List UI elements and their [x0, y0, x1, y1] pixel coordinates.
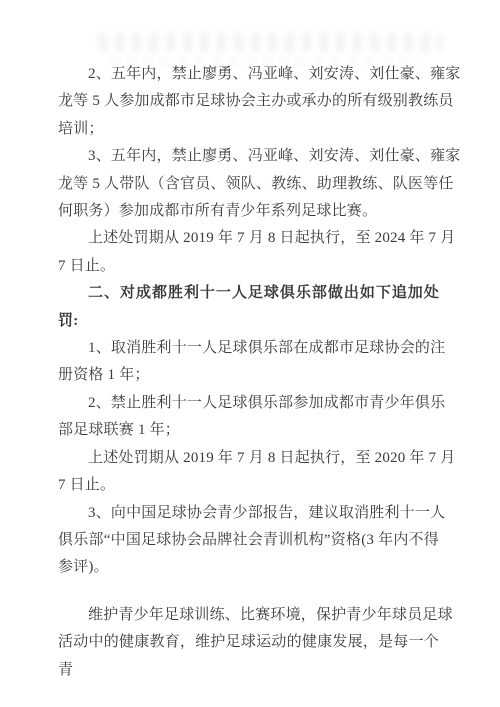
- club-penalty-item-2: 2、禁止胜利十一人足球俱乐部参加成都市青少年俱乐部足球联赛 1 年；: [58, 390, 439, 445]
- text-line: 俱乐部“中国足球协会品牌社会青训机构”资格(3 年内不得: [58, 527, 439, 554]
- closing-statement: 维护青少年足球训练、比赛环境，保护青少年球员足球活动中的健康教育，维护足球运动的…: [58, 602, 439, 684]
- text-line: 7 日止。: [58, 472, 439, 499]
- text-line: 二、对成都胜利十一人足球俱乐部做出如下追加处罚:: [58, 280, 439, 335]
- text-line: 7 日止。: [58, 253, 439, 280]
- text-line: 3、五年内，禁止廖勇、冯亚峰、刘安涛、刘仕豪、雍家: [58, 143, 439, 170]
- text-line: 册资格 1 年；: [58, 362, 439, 389]
- text-line: 2、五年内，禁止廖勇、冯亚峰、刘安涛、刘仕豪、雍家: [58, 61, 439, 88]
- penalty-period-2024: 上述处罚期从 2019 年 7 月 8 日起执行，至 2024 年 7 月7 日…: [58, 225, 439, 280]
- text-line: 参评)。: [58, 554, 439, 581]
- section-heading-club-penalty: 二、对成都胜利十一人足球俱乐部做出如下追加处罚:: [58, 280, 439, 335]
- text-line: 上述处罚期从 2019 年 7 月 8 日起执行，至 2024 年 7 月: [58, 225, 439, 252]
- text-line: 部足球联赛 1 年；: [58, 417, 439, 444]
- text-line: 培训；: [58, 116, 439, 143]
- text-line: 龙等 5 人带队（含官员、领队、教练、助理教练、队医等任: [58, 171, 439, 198]
- text-line: 3、向中国足球协会青少部报告，建议取消胜利十一人: [58, 500, 439, 527]
- text-line: 1、取消胜利十一人足球俱乐部在成都市足球协会的注: [58, 335, 439, 362]
- text-line: 龙等 5 人参加成都市足球协会主办或承办的所有级别教练员: [58, 88, 439, 115]
- club-penalty-item-1: 1、取消胜利十一人足球俱乐部在成都市足球协会的注册资格 1 年；: [58, 335, 439, 390]
- club-penalty-item-3: 3、向中国足球协会青少部报告，建议取消胜利十一人俱乐部“中国足球协会品牌社会青训…: [58, 500, 439, 582]
- text-line: 2、禁止胜利十一人足球俱乐部参加成都市青少年俱乐: [58, 390, 439, 417]
- bleed-through-artifact: [98, 33, 443, 52]
- text-line: 维护青少年足球训练、比赛环境，保护青少年球员足球: [58, 602, 439, 629]
- document-page: 2、五年内，禁止廖勇、冯亚峰、刘安涛、刘仕豪、雍家龙等 5 人参加成都市足球协会…: [0, 0, 500, 707]
- text-line: 何职务）参加成都市所有青少年系列足球比赛。: [58, 198, 439, 225]
- coach-penalty-item-2: 2、五年内，禁止廖勇、冯亚峰、刘安涛、刘仕豪、雍家龙等 5 人参加成都市足球协会…: [58, 61, 439, 143]
- coach-penalty-item-3: 3、五年内，禁止廖勇、冯亚峰、刘安涛、刘仕豪、雍家龙等 5 人带队（含官员、领队…: [58, 143, 439, 225]
- text-line: 活动中的健康教育，维护足球运动的健康发展，是每一个青: [58, 629, 439, 684]
- document-text-block: 2、五年内，禁止廖勇、冯亚峰、刘安涛、刘仕豪、雍家龙等 5 人参加成都市足球协会…: [58, 61, 439, 684]
- text-line: 上述处罚期从 2019 年 7 月 8 日起执行，至 2020 年 7 月: [58, 445, 439, 472]
- penalty-period-2020: 上述处罚期从 2019 年 7 月 8 日起执行，至 2020 年 7 月7 日…: [58, 445, 439, 500]
